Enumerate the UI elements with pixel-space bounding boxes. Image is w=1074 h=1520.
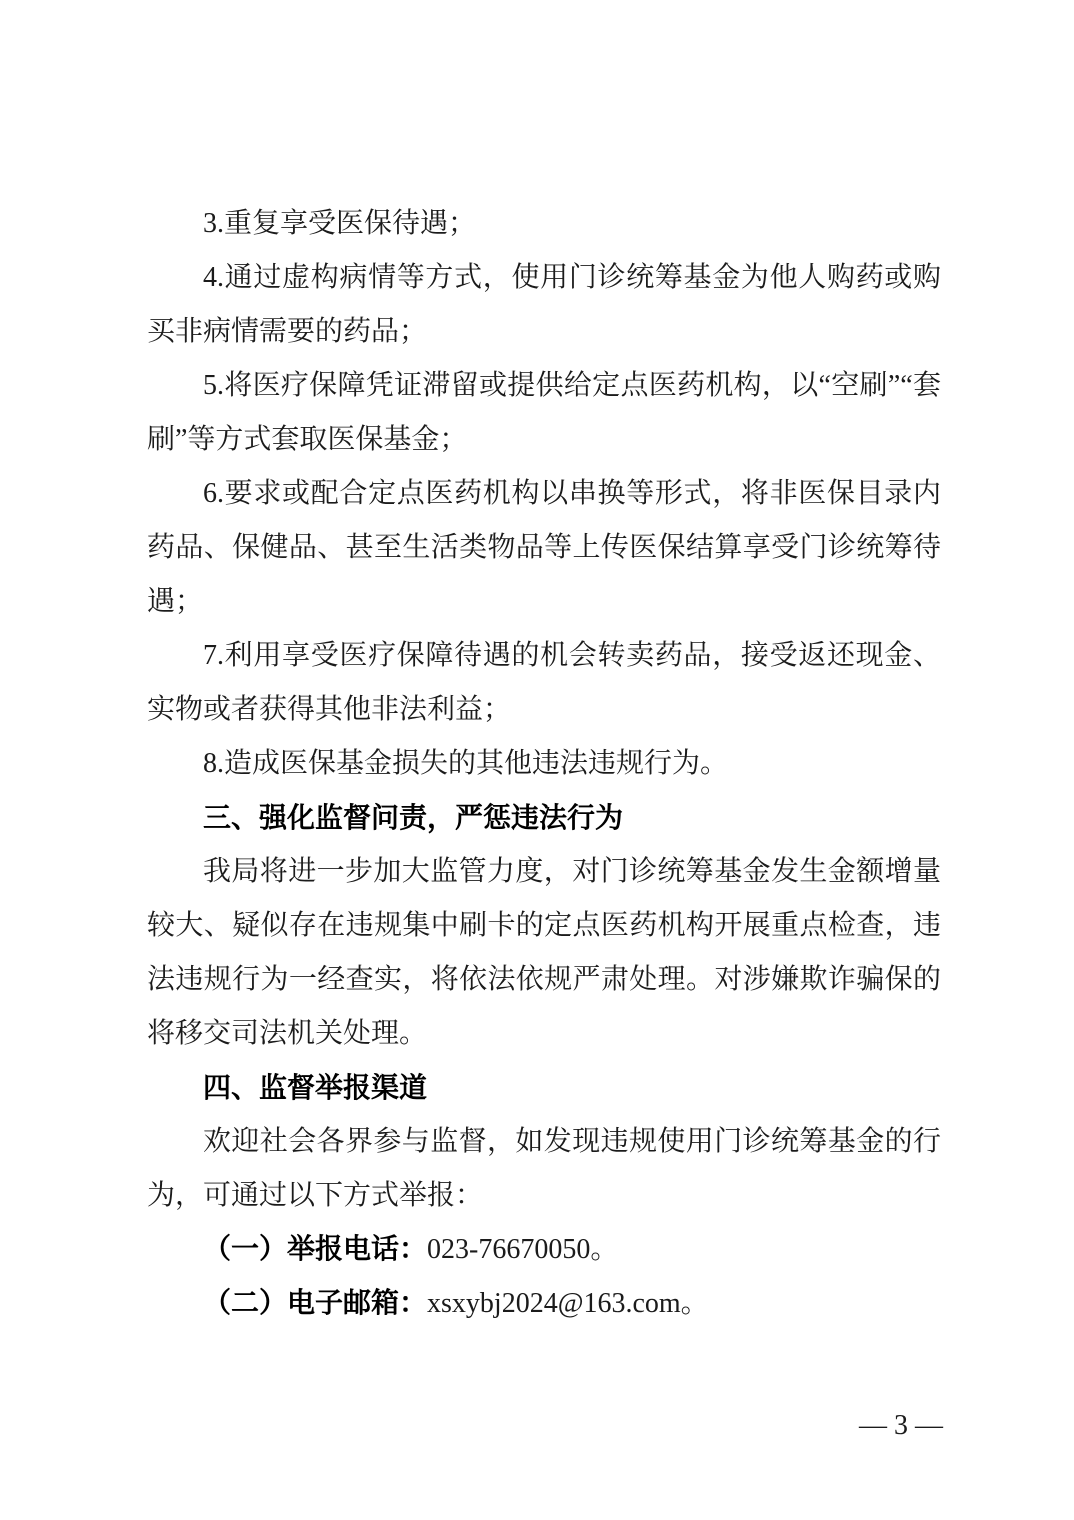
document-page: 3.重复享受医保待遇； 4.通过虚构病情等方式，使用门诊统筹基金为他人购药或购买… bbox=[0, 0, 1074, 1520]
violation-item-6: 6.要求或配合定点医药机构以串换等形式，将非医保目录内药品、保健品、甚至生活类物… bbox=[147, 467, 941, 629]
page-footer: — 3 — bbox=[859, 1408, 943, 1444]
section-report-intro: 欢迎社会各界参与监督，如发现违规使用门诊统筹基金的行为，可通过以下方式举报： bbox=[147, 1115, 941, 1223]
report-email-value: xsxybj2024@163.com。 bbox=[427, 1288, 709, 1319]
report-phone-label: （一）举报电话： bbox=[203, 1234, 427, 1265]
report-email-line: （二）电子邮箱：xsxybj2024@163.com。 bbox=[147, 1277, 941, 1331]
report-phone-line: （一）举报电话：023-76670050。 bbox=[147, 1223, 941, 1277]
section-supervision-body: 我局将进一步加大监管力度，对门诊统筹基金发生金额增量较大、疑似存在违规集中刷卡的… bbox=[147, 845, 941, 1061]
violation-item-5: 5.将医疗保障凭证滞留或提供给定点医药机构，以“空刷”“套刷”等方式套取医保基金… bbox=[147, 359, 941, 467]
page-number: — 3 — bbox=[859, 1410, 943, 1441]
violation-item-4: 4.通过虚构病情等方式，使用门诊统筹基金为他人购药或购买非病情需要的药品； bbox=[147, 251, 941, 359]
document-body: 3.重复享受医保待遇； 4.通过虚构病情等方式，使用门诊统筹基金为他人购药或购买… bbox=[147, 197, 941, 1331]
report-phone-value: 023-76670050。 bbox=[427, 1234, 618, 1265]
violation-item-3: 3.重复享受医保待遇； bbox=[147, 197, 941, 251]
section-heading-supervision: 三、强化监督问责，严惩违法行为 bbox=[147, 791, 941, 845]
section-heading-report-channels: 四、监督举报渠道 bbox=[147, 1061, 941, 1115]
violation-item-8: 8.造成医保基金损失的其他违法违规行为。 bbox=[147, 737, 941, 791]
report-email-label: （二）电子邮箱： bbox=[203, 1288, 427, 1319]
violation-item-7: 7.利用享受医疗保障待遇的机会转卖药品，接受返还现金、实物或者获得其他非法利益； bbox=[147, 629, 941, 737]
